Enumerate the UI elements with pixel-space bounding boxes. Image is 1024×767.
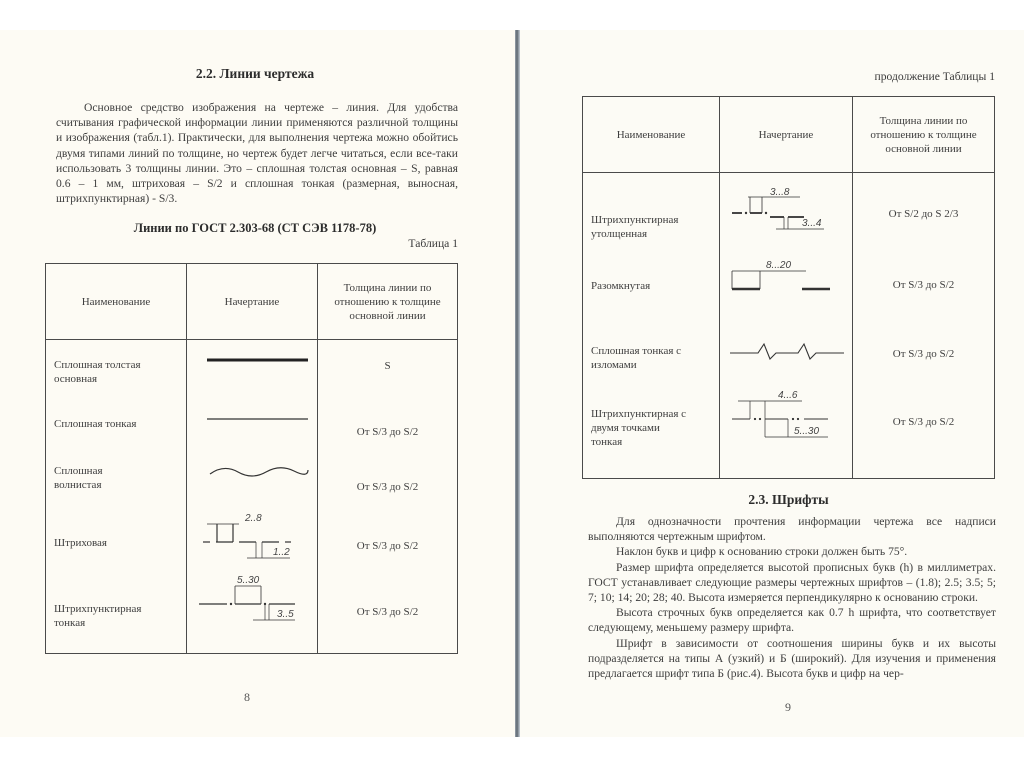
table-label: Таблица 1 — [300, 237, 458, 250]
row-name: Сплошная тонкая с изломами — [591, 344, 691, 372]
header-thickness: Толщина линии по отношению к толщине осн… — [318, 264, 458, 340]
names-col: Штрихпунктирная утолщенная Разомкнутая С… — [583, 173, 720, 479]
fonts-paragraph: Для однозначности прочтения информации ч… — [588, 514, 996, 544]
dim-label: 1..2 — [273, 547, 290, 558]
fonts-paragraph: Шрифт в зависимости от соотношения ширин… — [588, 636, 996, 682]
dim-label: 4...6 — [778, 390, 798, 401]
intro-paragraph-text: Основное средство изображения на чертеже… — [56, 100, 458, 206]
dim-label: 3...4 — [802, 218, 822, 229]
row-name: Штрихпунктирная утолщенная — [591, 213, 701, 241]
section-title-lines: 2.2. Линии чертежа — [40, 66, 470, 82]
page-number-right: 9 — [785, 700, 791, 715]
header-style: Начертание — [187, 264, 318, 340]
dim-label: 3..5 — [277, 609, 294, 620]
book-spine — [515, 30, 520, 737]
header-style: Начертание — [720, 97, 853, 173]
thickness-value: S — [318, 360, 457, 372]
thickness-value: От S/3 до S/2 — [853, 348, 994, 360]
row-name: Штриховая — [54, 536, 107, 550]
thickness-col: S От S/3 до S/2 От S/3 до S/2 От S/3 до … — [318, 340, 458, 654]
row-name: Сплошная тонкая — [54, 417, 136, 431]
row-name: Сплошная волнистая — [54, 464, 124, 492]
thickness-value: От S/2 до S 2/3 — [853, 208, 994, 220]
row-name: Разомкнутая — [591, 279, 650, 293]
names-col: Сплошная толстая основная Сплошная тонка… — [46, 340, 187, 654]
styles-col: 3...8 3...4 8...20 — [720, 173, 853, 479]
thickness-value: От S/3 до S/2 — [318, 481, 457, 493]
header-name: Наименование — [46, 264, 187, 340]
dim-label: 8...20 — [766, 260, 791, 271]
dim-label: 5..30 — [237, 575, 260, 586]
fonts-paragraph: Наклон букв и цифр к основанию строки до… — [588, 544, 996, 559]
dim-label: 2..8 — [244, 513, 262, 524]
page-number-left: 8 — [244, 690, 250, 705]
fonts-paragraph: Высота строчных букв определяется как 0.… — [588, 605, 996, 635]
thickness-col: От S/2 до S 2/3 От S/3 до S/2 От S/3 до … — [853, 173, 995, 479]
dim-label: 3...8 — [770, 187, 790, 198]
line-samples-right: 3...8 3...4 8...20 — [720, 173, 852, 479]
header-thickness: Толщина линии по отношению к толщине осн… — [853, 97, 995, 173]
dim-label: 5...30 — [794, 426, 819, 437]
lines-table-left: Наименование Начертание Толщина линии по… — [45, 263, 458, 654]
fonts-paragraphs: Для однозначности прочтения информации ч… — [588, 514, 996, 681]
thickness-value: От S/3 до S/2 — [853, 279, 994, 291]
section-title-fonts: 2.3. Шрифты — [582, 492, 995, 508]
thickness-value: От S/3 до S/2 — [318, 540, 457, 552]
thickness-value: От S/3 до S/2 — [318, 426, 457, 438]
styles-col: 2..8 1..2 5..30 3..5 — [187, 340, 318, 654]
thickness-value: От S/3 до S/2 — [853, 416, 994, 428]
table-title: Линии по ГОСТ 2.303-68 (СТ СЭВ 1178-78) — [40, 221, 470, 236]
row-name: Штрихпунктирная с двумя точками тонкая — [591, 407, 691, 449]
continuation-label: продолжение Таблицы 1 — [760, 70, 995, 83]
lines-table-right: Наименование Начертание Толщина линии по… — [582, 96, 995, 479]
row-name: Сплошная толстая основная — [54, 358, 164, 386]
fonts-paragraph: Размер шрифта определяется высотой пропи… — [588, 560, 996, 606]
row-name: Штрихпунктирная тонкая — [54, 602, 164, 630]
header-name: Наименование — [583, 97, 720, 173]
wavy-line-sample — [210, 468, 308, 476]
zigzag-line-sample — [730, 344, 844, 359]
line-samples-left: 2..8 1..2 5..30 3..5 — [187, 340, 317, 654]
open-line-sample — [732, 271, 830, 289]
thickness-value: От S/3 до S/2 — [318, 606, 457, 618]
intro-paragraph: Основное средство изображения на чертеже… — [56, 100, 458, 206]
